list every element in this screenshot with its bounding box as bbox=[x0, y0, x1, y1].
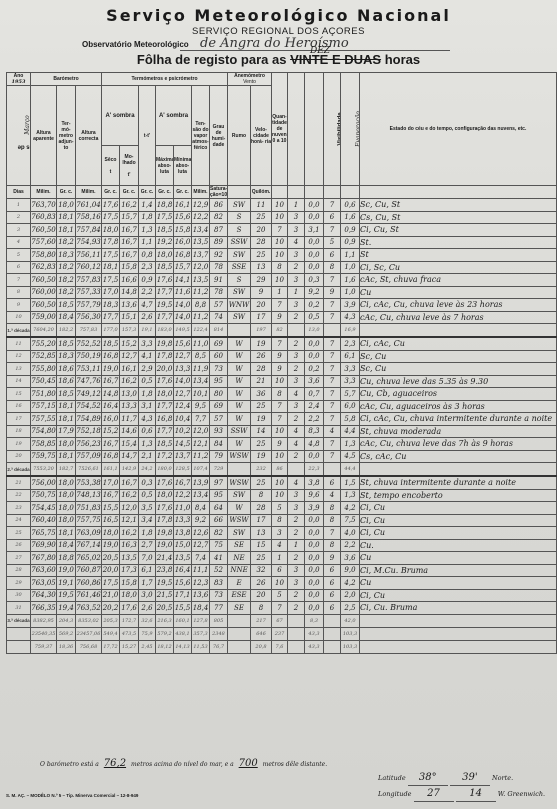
cell-r bbox=[228, 324, 251, 338]
cell-i: 3,8 bbox=[305, 476, 324, 489]
longitude-label: Longitude bbox=[378, 790, 411, 798]
cell-co: 756,11 bbox=[76, 249, 102, 262]
latitude-label: Latitude bbox=[378, 774, 406, 782]
cell-r: W bbox=[228, 502, 251, 515]
cell-vp: 13,4 bbox=[192, 489, 210, 502]
cell-h: 74 bbox=[210, 311, 228, 324]
decade-label: 2.ª década bbox=[7, 463, 31, 477]
cell-r: SW bbox=[228, 286, 251, 299]
cell-co: 8353,02 bbox=[76, 614, 102, 627]
cell-ap: 764,30 bbox=[31, 589, 57, 602]
cell-m: 3 bbox=[288, 224, 305, 237]
cell-mn: 16,8 bbox=[174, 249, 192, 262]
cell-m: 3 bbox=[288, 274, 305, 287]
cell-ap: 763,05 bbox=[31, 577, 57, 590]
cell-v: 32 bbox=[251, 564, 272, 577]
table-row: 14750,4518,6747,7616,716,20,517,614,013,… bbox=[7, 375, 557, 388]
cell-m: 2 bbox=[288, 552, 305, 565]
cell-co: 756,68 bbox=[76, 640, 102, 653]
day-cell: 11 bbox=[7, 337, 31, 350]
cell-v: 8 bbox=[251, 602, 272, 615]
cell-r bbox=[228, 463, 251, 477]
table-row: 8760,0018,2757,3317,014,82,217,711,611,2… bbox=[7, 286, 557, 299]
cell-r: W bbox=[228, 438, 251, 451]
unit-blank bbox=[228, 186, 251, 199]
header-estado-ceu: Estado do céu e do tempo, configuração d… bbox=[360, 73, 557, 186]
cell-tw: 16,7 bbox=[120, 236, 139, 249]
cell-tw: 15,2 bbox=[120, 337, 139, 350]
cell-co: 758,16 bbox=[76, 211, 102, 224]
cell-tw: 16,7 bbox=[120, 249, 139, 262]
cell-vi: 7 bbox=[324, 337, 341, 350]
cell-vp: 13,7 bbox=[192, 249, 210, 262]
cell-co: 752,18 bbox=[76, 425, 102, 438]
cell-tb: 17,9 bbox=[57, 425, 76, 438]
cell-mn: 14,0 bbox=[174, 375, 192, 388]
cell-i: 9,2 bbox=[305, 286, 324, 299]
weather-description: St, chuva intermitente durante a noite bbox=[360, 476, 557, 489]
cell-i: 3,1 bbox=[305, 224, 324, 237]
sheet-heading: Fôlha de registo para as VINTE E DUAS DE… bbox=[0, 52, 557, 67]
cell-m: 2 bbox=[288, 311, 305, 324]
cell-mx: 19,5 bbox=[156, 299, 174, 312]
cell-n: 7 bbox=[272, 299, 288, 312]
cell-vp: 13,4 bbox=[192, 375, 210, 388]
cell-e: 1,3 bbox=[341, 438, 360, 451]
cell-n: 5 bbox=[272, 502, 288, 515]
unit-blank bbox=[324, 186, 341, 199]
cell-vi bbox=[324, 627, 341, 640]
cell-v: 29 bbox=[251, 274, 272, 287]
cell-h: 79 bbox=[210, 450, 228, 463]
cell-v: 8 bbox=[251, 489, 272, 502]
cell-t: 17,5 bbox=[102, 249, 120, 262]
header-ano: Ano1953 bbox=[7, 73, 31, 86]
cell-r: SE bbox=[228, 539, 251, 552]
cell-h: 73 bbox=[210, 589, 228, 602]
cell-m: 2 bbox=[288, 261, 305, 274]
cell-v: 217 bbox=[251, 614, 272, 627]
cell-vp: 9,2 bbox=[192, 514, 210, 527]
cell-r: SW bbox=[228, 311, 251, 324]
cell-mn: 11,6 bbox=[174, 286, 192, 299]
unit-gr-c: Gr. c. bbox=[156, 186, 174, 199]
cell-e: 0,9 bbox=[341, 224, 360, 237]
cell-mx: 20,5 bbox=[156, 602, 174, 615]
cell-tb: 18,4 bbox=[57, 311, 76, 324]
cell-i: 8,3 bbox=[305, 425, 324, 438]
cell-vi: 6 bbox=[324, 211, 341, 224]
cell-r: WNW bbox=[228, 299, 251, 312]
table-row: 30764,3019,5761,4621,018,03,021,517,113,… bbox=[7, 589, 557, 602]
cell-mx: 18,5 bbox=[156, 438, 174, 451]
cell-tb: 18,3 bbox=[57, 249, 76, 262]
cell-e: 44,4 bbox=[341, 463, 360, 477]
cell-mx: 19,8 bbox=[156, 527, 174, 540]
cell-n: 5 bbox=[272, 589, 288, 602]
cell-t: 16,8 bbox=[102, 350, 120, 363]
cell-m bbox=[288, 324, 305, 338]
cell-tw: 17,3 bbox=[120, 564, 139, 577]
day-cell: 2 bbox=[7, 211, 31, 224]
cell-ap: 760,50 bbox=[31, 299, 57, 312]
cell-vp: 12,6 bbox=[192, 527, 210, 540]
cell-i: 0,0 bbox=[305, 337, 324, 350]
table-row: 15751,8018,5749,1214,813,01,818,012,710,… bbox=[7, 388, 557, 401]
cell-co: 757,84 bbox=[76, 224, 102, 237]
weather-description: St. bbox=[360, 236, 557, 249]
day-cell: 17 bbox=[7, 413, 31, 426]
header-termometros: Termómetros e psicrómetro bbox=[102, 73, 228, 86]
cell-vp: 18,4 bbox=[192, 602, 210, 615]
cell-vi: 7 bbox=[324, 363, 341, 376]
cell-mx: 19,5 bbox=[156, 577, 174, 590]
cell-vi bbox=[324, 463, 341, 477]
cell-co: 754,93 bbox=[76, 236, 102, 249]
cell-tw: 13,5 bbox=[120, 552, 139, 565]
cell-df: 0,9 bbox=[139, 274, 156, 287]
cell-ap: 750,75 bbox=[31, 489, 57, 502]
cell-tb: 18,6 bbox=[57, 375, 76, 388]
cell-mn: 12,4 bbox=[174, 400, 192, 413]
cell-e: 103,3 bbox=[341, 640, 360, 653]
header-minima: Mínima abso- luta bbox=[174, 146, 192, 186]
cell-r: W bbox=[228, 363, 251, 376]
cell-vi: 8 bbox=[324, 502, 341, 515]
cell-r: W bbox=[228, 388, 251, 401]
cell-r: SW bbox=[228, 249, 251, 262]
cell-e: 3,3 bbox=[341, 363, 360, 376]
cell-vp: 12,2 bbox=[192, 211, 210, 224]
barometer-note: O barómetro está a 76,2 metros acima do … bbox=[40, 758, 327, 769]
cell-i: 43,3 bbox=[305, 640, 324, 653]
longitude-row: Longitude 27 14 W. Greenwich. bbox=[378, 786, 545, 802]
cell-m: 3 bbox=[288, 211, 305, 224]
cell-e: 4,5 bbox=[341, 450, 360, 463]
cell-h: 73 bbox=[210, 363, 228, 376]
unit-blank bbox=[305, 186, 324, 199]
decade-summary-row: 23540,35569,223457,06549,4473,575,9579,2… bbox=[7, 627, 557, 640]
day-cell: 25 bbox=[7, 527, 31, 540]
cell-v: 25 bbox=[251, 476, 272, 489]
page-title: Serviço Meteorológico Nacional bbox=[0, 6, 557, 25]
weather-description: Ci, Cu, St bbox=[360, 224, 557, 237]
cell-mx: 17,5 bbox=[156, 211, 174, 224]
cell-i: 0,0 bbox=[305, 350, 324, 363]
cell-e: 1,5 bbox=[341, 476, 360, 489]
header-evaporacao: Evaporação bbox=[341, 73, 360, 186]
cell-v: 19 bbox=[251, 450, 272, 463]
decade-label bbox=[7, 640, 31, 653]
cell-mn: 16,4 bbox=[174, 564, 192, 577]
weather-description: Ci, M.Cu. Bruma bbox=[360, 564, 557, 577]
cell-tb: 18,2 bbox=[57, 261, 76, 274]
cell-n: 9 bbox=[272, 363, 288, 376]
cell-mn: 16,1 bbox=[174, 199, 192, 212]
cell-co: 747,76 bbox=[76, 375, 102, 388]
cell-i: 0,0 bbox=[305, 539, 324, 552]
cell-i: 3,6 bbox=[305, 375, 324, 388]
cell-mx: 216,3 bbox=[156, 614, 174, 627]
cell-vp: 12,7 bbox=[192, 539, 210, 552]
form-model-label: S. M. AÇ. – MODÊLO N.º 5 – Tip. Minerva … bbox=[6, 793, 138, 798]
table-row: 28763,6019,0760,8720,017,36,123,816,411,… bbox=[7, 564, 557, 577]
cell-co: 7526,61 bbox=[76, 463, 102, 477]
table-row: 4757,6018,2754,9317,816,71,119,216,013,5… bbox=[7, 236, 557, 249]
cell-vp: 12,1 bbox=[192, 438, 210, 451]
cell-e: 3,9 bbox=[341, 299, 360, 312]
cell-mx: 19,0 bbox=[156, 539, 174, 552]
cell-i: 0,0 bbox=[305, 450, 324, 463]
cell-vi: 7 bbox=[324, 388, 341, 401]
cell-mx: 17,7 bbox=[156, 400, 174, 413]
cell-vi: 9 bbox=[324, 552, 341, 565]
cell-ap: 766,35 bbox=[31, 602, 57, 615]
cell-tw: 16,7 bbox=[120, 476, 139, 489]
cell-t: 15,2 bbox=[102, 425, 120, 438]
cell-t: 21,0 bbox=[102, 589, 120, 602]
cell-vp: 12,3 bbox=[192, 577, 210, 590]
cell-vp: 8,4 bbox=[192, 502, 210, 515]
cell-mn: 15,0 bbox=[174, 539, 192, 552]
cell-m: 3 bbox=[288, 564, 305, 577]
cell-mx: 17,8 bbox=[156, 350, 174, 363]
cell-tw: 14,6 bbox=[120, 425, 139, 438]
cell-tb: 18,5 bbox=[57, 299, 76, 312]
cell-vp: 11,0 bbox=[192, 337, 210, 350]
cell-co: 760,87 bbox=[76, 564, 102, 577]
cell-vi: 6 bbox=[324, 249, 341, 262]
header-a-sombra: A' sombra bbox=[102, 86, 139, 146]
cell-vp: 12,9 bbox=[192, 199, 210, 212]
cell-n: 10 bbox=[272, 577, 288, 590]
cell-tb: 182,7 bbox=[57, 463, 76, 477]
cell-vi: 4 bbox=[324, 425, 341, 438]
cell-r: S bbox=[228, 211, 251, 224]
cell-v: 13 bbox=[251, 527, 272, 540]
unit-gr-c: Gr. c. bbox=[174, 186, 192, 199]
cell-t: 16,7 bbox=[102, 489, 120, 502]
cell-v: 17 bbox=[251, 311, 272, 324]
cell-h: 69 bbox=[210, 400, 228, 413]
cell-h: 93 bbox=[210, 425, 228, 438]
cell-tw: 172,7 bbox=[120, 614, 139, 627]
cell-tw: 16,1 bbox=[120, 363, 139, 376]
cell-df: 75,9 bbox=[139, 627, 156, 640]
cell-e: 4,0 bbox=[341, 527, 360, 540]
cell-e: 2,2 bbox=[341, 539, 360, 552]
cell-h: 97 bbox=[210, 476, 228, 489]
unit-blank bbox=[341, 186, 360, 199]
cell-tb: 18,2 bbox=[57, 274, 76, 287]
cell-n: 82 bbox=[272, 324, 288, 338]
cell-mx: 16,8 bbox=[156, 413, 174, 426]
cell-r: NE bbox=[228, 552, 251, 565]
cell-tw: 15,8 bbox=[120, 577, 139, 590]
cell-m: 1 bbox=[288, 539, 305, 552]
cell-df: 1,8 bbox=[139, 211, 156, 224]
cell-n: 86 bbox=[272, 463, 288, 477]
weather-description: Cu, chuva leve das 5.35 às 9.30 bbox=[360, 375, 557, 388]
cell-co: 761,46 bbox=[76, 589, 102, 602]
cell-df: 1,4 bbox=[139, 199, 156, 212]
cell-t: 18,0 bbox=[102, 527, 120, 540]
cell-df: 3,4 bbox=[139, 514, 156, 527]
cell-t: 20,0 bbox=[102, 564, 120, 577]
cell-tw: 473,5 bbox=[120, 627, 139, 640]
latitude-row: Latitude 38° 39' Norte. bbox=[378, 770, 545, 786]
decade-summary-row: 3.ª década8382,95204,38353,02205,3172,73… bbox=[7, 614, 557, 627]
cell-ap: 759,75 bbox=[31, 450, 57, 463]
cell-i: 0,7 bbox=[305, 388, 324, 401]
cell-e: 3,6 bbox=[341, 552, 360, 565]
cell-t: 17,72 bbox=[102, 640, 120, 653]
cell-df: 3,0 bbox=[139, 589, 156, 602]
cell-mx: 19,8 bbox=[156, 337, 174, 350]
cell-h: 60 bbox=[210, 350, 228, 363]
weather-description: Ci, Cu bbox=[360, 502, 557, 515]
cell-r: S bbox=[228, 224, 251, 237]
weather-description: Sc, Cu bbox=[360, 363, 557, 376]
day-cell: 6 bbox=[7, 261, 31, 274]
register-rows: 1763,7018,0761,0417,616,21,418,816,112,9… bbox=[7, 199, 557, 654]
weather-description: Sc, Cu, St bbox=[360, 199, 557, 212]
cell-co: 757,33 bbox=[76, 286, 102, 299]
cell-v: 20 bbox=[251, 224, 272, 237]
cell-df: 2,1 bbox=[139, 450, 156, 463]
weather-description: St, tempo encoberto bbox=[360, 489, 557, 502]
cell-ap: 765,75 bbox=[31, 527, 57, 540]
cell-co: 753,11 bbox=[76, 363, 102, 376]
cell-t: 16,4 bbox=[102, 400, 120, 413]
cell-n: 1 bbox=[272, 552, 288, 565]
cell-vp: 7,4 bbox=[192, 552, 210, 565]
cell-co: 23457,06 bbox=[76, 627, 102, 640]
cell-v: 26 bbox=[251, 577, 272, 590]
cell-t: 17,6 bbox=[102, 199, 120, 212]
day-cell: 12 bbox=[7, 350, 31, 363]
cell-t: 14,8 bbox=[102, 388, 120, 401]
table-row: 31766,3519,4763,5220,217,62,620,515,518,… bbox=[7, 602, 557, 615]
cell-df: 2,45 bbox=[139, 640, 156, 653]
cell-tb: 18,0 bbox=[57, 514, 76, 527]
cell-i: 0,0 bbox=[305, 261, 324, 274]
cell-df: 1,8 bbox=[139, 527, 156, 540]
cell-n: 8 bbox=[272, 261, 288, 274]
cell-tb: 19,0 bbox=[57, 564, 76, 577]
cell-m: 4 bbox=[288, 388, 305, 401]
cell-vi: 7 bbox=[324, 199, 341, 212]
cell-h: 64 bbox=[210, 502, 228, 515]
cell-h: 86 bbox=[210, 199, 228, 212]
cell-df: 2,9 bbox=[139, 363, 156, 376]
cell-ap: 758,80 bbox=[31, 249, 57, 262]
cell-mx: 23,8 bbox=[156, 564, 174, 577]
cell-i: 0,0 bbox=[305, 552, 324, 565]
day-cell: 8 bbox=[7, 286, 31, 299]
cell-v: 28 bbox=[251, 502, 272, 515]
cell-t: 20,5 bbox=[102, 552, 120, 565]
cell-i: 0,0 bbox=[305, 249, 324, 262]
cell-m: 2 bbox=[288, 450, 305, 463]
cell-t: 18,5 bbox=[102, 337, 120, 350]
cell-m: 3 bbox=[288, 577, 305, 590]
latitude-degrees: 38° bbox=[408, 770, 448, 786]
table-row: 17757,5518,1754,8916,011,74,316,810,47,7… bbox=[7, 413, 557, 426]
cell-m: 3 bbox=[288, 375, 305, 388]
cell-tb: 18,0 bbox=[57, 476, 76, 489]
cell-n: 7,6 bbox=[272, 640, 288, 653]
cell-t: 18,0 bbox=[102, 224, 120, 237]
cell-n: 10 bbox=[272, 199, 288, 212]
cell-mn: 128,5 bbox=[174, 463, 192, 477]
cell-v: 25 bbox=[251, 249, 272, 262]
weather-description: cAc, Cu, chuva leve às 7 horas bbox=[360, 311, 557, 324]
cell-df: 2,2 bbox=[139, 286, 156, 299]
cell-vi: 8 bbox=[324, 261, 341, 274]
day-cell: 13 bbox=[7, 363, 31, 376]
cell-i: 0,0 bbox=[305, 589, 324, 602]
cell-co: 760,12 bbox=[76, 261, 102, 274]
cell-h: 82 bbox=[210, 527, 228, 540]
cell-n: 10 bbox=[272, 476, 288, 489]
decade-summary-row: 759,3718,36756,6817,7215,272,4518,1214,1… bbox=[7, 640, 557, 653]
cell-h: 69 bbox=[210, 337, 228, 350]
cell-tw: 15,27 bbox=[120, 640, 139, 653]
cell-mn: 14,0 bbox=[174, 299, 192, 312]
cell-tb: 18,1 bbox=[57, 400, 76, 413]
cell-r: W bbox=[228, 413, 251, 426]
day-cell: 10 bbox=[7, 311, 31, 324]
table-row: 19758,8518,0756,2316,715,41,318,514,512,… bbox=[7, 438, 557, 451]
cell-mn: 16,7 bbox=[174, 476, 192, 489]
cell-h: 78 bbox=[210, 286, 228, 299]
cell-mn: 438,1 bbox=[174, 627, 192, 640]
cell-m: 2 bbox=[288, 589, 305, 602]
cell-vi: 9 bbox=[324, 286, 341, 299]
unit-gr-c: Gr. c. bbox=[57, 186, 76, 199]
cell-co: 752,52 bbox=[76, 337, 102, 350]
cell-e: 1,0 bbox=[341, 286, 360, 299]
cell-tb: 18,5 bbox=[57, 388, 76, 401]
cell-vi: 6 bbox=[324, 577, 341, 590]
cell-e: 2,3 bbox=[341, 337, 360, 350]
cell-v: 26 bbox=[251, 350, 272, 363]
cell-n: 10 bbox=[272, 489, 288, 502]
table-row: 5758,8018,3756,1117,516,70,818,016,813,7… bbox=[7, 249, 557, 262]
cell-n: 9 bbox=[272, 311, 288, 324]
cell-tw: 16,6 bbox=[120, 274, 139, 287]
cell-mn: 15,5 bbox=[174, 602, 192, 615]
cell-m bbox=[288, 463, 305, 477]
weather-description: cAc, Cu, chuva leve das 7h às 9 horas bbox=[360, 438, 557, 451]
cell-r: SE bbox=[228, 602, 251, 615]
cell-vi: 7 bbox=[324, 400, 341, 413]
decade-summary-row: 2.ª década7553,20182,77526,61161,1142,92… bbox=[7, 463, 557, 477]
cell-tb: 569,2 bbox=[57, 627, 76, 640]
cell-h: 76,7 bbox=[210, 640, 228, 653]
cell-df: 7,0 bbox=[139, 552, 156, 565]
sheet-hour-correction: DEZ bbox=[310, 46, 330, 56]
cell-vi bbox=[324, 324, 341, 338]
cell-m: 3 bbox=[288, 299, 305, 312]
longitude-minutes: 14 bbox=[456, 786, 496, 802]
cell-h: 95 bbox=[210, 489, 228, 502]
cell-df: 1,1 bbox=[139, 236, 156, 249]
cell-tw: 16,2 bbox=[120, 199, 139, 212]
cell-vi: 8 bbox=[324, 539, 341, 552]
cell-r: SSW bbox=[228, 236, 251, 249]
